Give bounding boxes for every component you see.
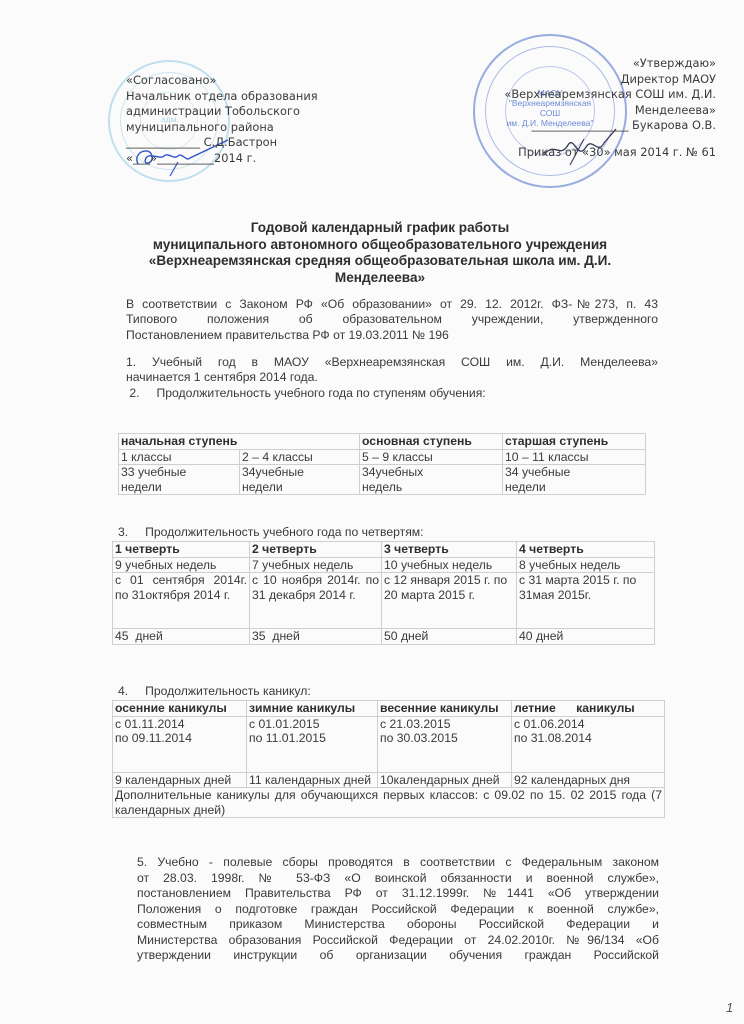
section-1-paragraph: 1. Учебный год в МАОУ «Верхнеаремзянская… bbox=[126, 355, 658, 386]
table-cell: с 01.01.2015 по 11.01.2015 bbox=[247, 716, 378, 772]
table-cell: с 12 января 2015 г. по 20 марта 2015 г. bbox=[382, 573, 517, 629]
table-header-cell: осенние каникулы bbox=[113, 701, 247, 717]
table-cell: 34учебных недель bbox=[360, 465, 503, 495]
holidays-table: осенние каникулы зимние каникулы весенни… bbox=[112, 700, 665, 818]
section-5-line-4: Положения о подготовке граждан Российско… bbox=[137, 902, 659, 918]
table-row: 9 календарных дней 11 календарных дней 1… bbox=[113, 772, 665, 788]
table-row: с 01 сентября 2014г. по 31октября 2014 г… bbox=[113, 573, 655, 629]
table-header-cell: старшая ступень bbox=[503, 434, 646, 450]
title-line-4: Менделеева» bbox=[100, 270, 660, 287]
table-row: начальная ступень основная ступень старш… bbox=[119, 434, 646, 450]
section-3-heading: 3. Продолжительность учебного года по че… bbox=[118, 525, 650, 540]
table-cell: 50 дней bbox=[382, 629, 517, 645]
approval-left-line-2: администрации Тобольского bbox=[126, 104, 366, 120]
section-4-heading: 4. Продолжительность каникул: bbox=[118, 684, 650, 699]
table-cell: с 21.03.2015 по 30.03.2015 bbox=[378, 716, 512, 772]
table-cell: 33 учебные недели bbox=[119, 465, 240, 495]
table-row: осенние каникулы зимние каникулы весенни… bbox=[113, 701, 665, 717]
intro-line-3: Постановлением правительства РФ от 19.03… bbox=[126, 328, 658, 343]
table-row: Дополнительные каникулы для обучающихся … bbox=[113, 788, 665, 818]
approval-left-date: «___»__________2014 г. bbox=[126, 151, 366, 167]
approval-block-right: «Утверждаю» Директор МАОУ «Верхнеаремзян… bbox=[440, 56, 716, 161]
approval-left-line-3: муниципального района bbox=[126, 120, 366, 136]
table-cell: 40 дней bbox=[517, 629, 655, 645]
section-2-heading: 2. Продолжительность учебного года по ст… bbox=[126, 386, 658, 401]
approval-left-line-1: Начальник отдела образования bbox=[126, 89, 366, 105]
section-5-line-5: совместным приказом Министерства обороны… bbox=[137, 917, 659, 933]
intro-line-1: В соответствии с Законом РФ «Об образова… bbox=[126, 297, 658, 312]
table-header-cell: зимние каникулы bbox=[247, 701, 378, 717]
table-row: 9 учебных недель 7 учебных недель 10 уче… bbox=[113, 557, 655, 573]
table-cell: 2 – 4 классы bbox=[240, 449, 360, 465]
table-row: 45 дней 35 дней 50 дней 40 дней bbox=[113, 629, 655, 645]
table-cell: 9 учебных недель bbox=[113, 557, 250, 573]
title-line-1: Годовой календарный график работы bbox=[100, 220, 660, 237]
approval-right-line-3: Менделеева» bbox=[440, 103, 716, 119]
table-row: с 01.11.2014 по 09.11.2014 с 01.01.2015 … bbox=[113, 716, 665, 772]
table-cell: 34 учебные недели bbox=[503, 465, 646, 495]
table-cell: 10 – 11 классы bbox=[503, 449, 646, 465]
section-5-line-3: постановлением Правительства РФ от 31.12… bbox=[137, 886, 659, 902]
table-cell: 9 календарных дней bbox=[113, 772, 247, 788]
table-row: 1 классы 2 – 4 классы 5 – 9 классы 10 – … bbox=[119, 449, 646, 465]
section-5-line-7: утверждении инструкции об организации об… bbox=[137, 948, 659, 964]
table-header-cell: 2 четверть bbox=[250, 542, 382, 558]
approval-right-label: «Утверждаю» bbox=[440, 56, 716, 72]
approval-right-line-1: Директор МАОУ bbox=[440, 72, 716, 88]
table-cell: 45 дней bbox=[113, 629, 250, 645]
table-row: 33 учебные недели 34учебные недели 34уче… bbox=[119, 465, 646, 495]
table-cell: 11 календарных дней bbox=[247, 772, 378, 788]
table-cell: 8 учебных недель bbox=[517, 557, 655, 573]
table-cell: с 01 сентября 2014г. по 31октября 2014 г… bbox=[113, 573, 250, 629]
section-5-paragraph: 5. Учебно - полевые сборы проводятся в с… bbox=[137, 855, 659, 964]
table-cell: 7 учебных недель bbox=[250, 557, 382, 573]
title-line-3: «Верхнеаремзянская средняя общеобразоват… bbox=[100, 253, 660, 270]
title-line-2: муниципального автономного общеобразоват… bbox=[100, 237, 660, 254]
table-cell: 34учебные недели bbox=[240, 465, 360, 495]
section-1-line-2: начинается 1 сентября 2014 года. bbox=[126, 370, 658, 385]
section-5-line-2: от 28.03. 1998г. № 53-ФЗ «О воинской обя… bbox=[137, 871, 659, 887]
table-header-cell: летние каникулы bbox=[512, 701, 665, 717]
table-cell: 92 календарных дня bbox=[512, 772, 665, 788]
page-number: 1 bbox=[726, 1000, 733, 1015]
section-1-line-1: 1. Учебный год в МАОУ «Верхнеаремзянская… bbox=[126, 355, 658, 370]
document-title: Годовой календарный график работы муници… bbox=[100, 220, 660, 286]
section-5-line-6: Министерства образования Российской Феде… bbox=[137, 933, 659, 949]
table-cell: 35 дней bbox=[250, 629, 382, 645]
table-note-cell: Дополнительные каникулы для обучающихся … bbox=[113, 788, 665, 818]
approval-right-line-2: «Верхнеаремзянская СОШ им. Д.И. bbox=[440, 87, 716, 103]
table-header-cell: 4 четверть bbox=[517, 542, 655, 558]
intro-paragraph: В соответствии с Законом РФ «Об образова… bbox=[126, 297, 658, 343]
table-cell: 5 – 9 классы bbox=[360, 449, 503, 465]
stages-table: начальная ступень основная ступень старш… bbox=[118, 433, 646, 495]
intro-line-2: Типового положения об образовательном уч… bbox=[126, 312, 658, 327]
approval-right-signature: _________________ Букарова О.В. bbox=[440, 118, 716, 134]
table-header-cell: 3 четверть bbox=[382, 542, 517, 558]
table-header-cell: весенние каникулы bbox=[378, 701, 512, 717]
table-header-cell: основная ступень bbox=[360, 434, 503, 450]
table-cell: с 31 марта 2015 г. по 31мая 2015г. bbox=[517, 573, 655, 629]
table-cell: 10календарных дней bbox=[378, 772, 512, 788]
table-cell: с 01.06.2014 по 31.08.2014 bbox=[512, 716, 665, 772]
table-cell: 10 учебных недель bbox=[382, 557, 517, 573]
quarters-table: 1 четверть 2 четверть 3 четверть 4 четве… bbox=[112, 541, 655, 645]
approval-left-label: «Согласовано» bbox=[126, 73, 366, 89]
table-row: 1 четверть 2 четверть 3 четверть 4 четве… bbox=[113, 542, 655, 558]
approval-right-order: Приказ от «30» мая 2014 г. № 61 bbox=[440, 145, 716, 161]
table-cell: с 01.11.2014 по 09.11.2014 bbox=[113, 716, 247, 772]
table-cell: 1 классы bbox=[119, 449, 240, 465]
approval-block-left: «Согласовано» Начальник отдела образован… bbox=[126, 73, 366, 167]
table-cell: с 10 ноября 2014г. по 31 декабря 2014 г. bbox=[250, 573, 382, 629]
approval-left-signature: _____________ С.Д.Бастрон bbox=[126, 135, 366, 151]
section-5-line-1: 5. Учебно - полевые сборы проводятся в с… bbox=[137, 855, 659, 871]
table-header-cell: 1 четверть bbox=[113, 542, 250, 558]
table-header-cell: начальная ступень bbox=[119, 434, 360, 450]
